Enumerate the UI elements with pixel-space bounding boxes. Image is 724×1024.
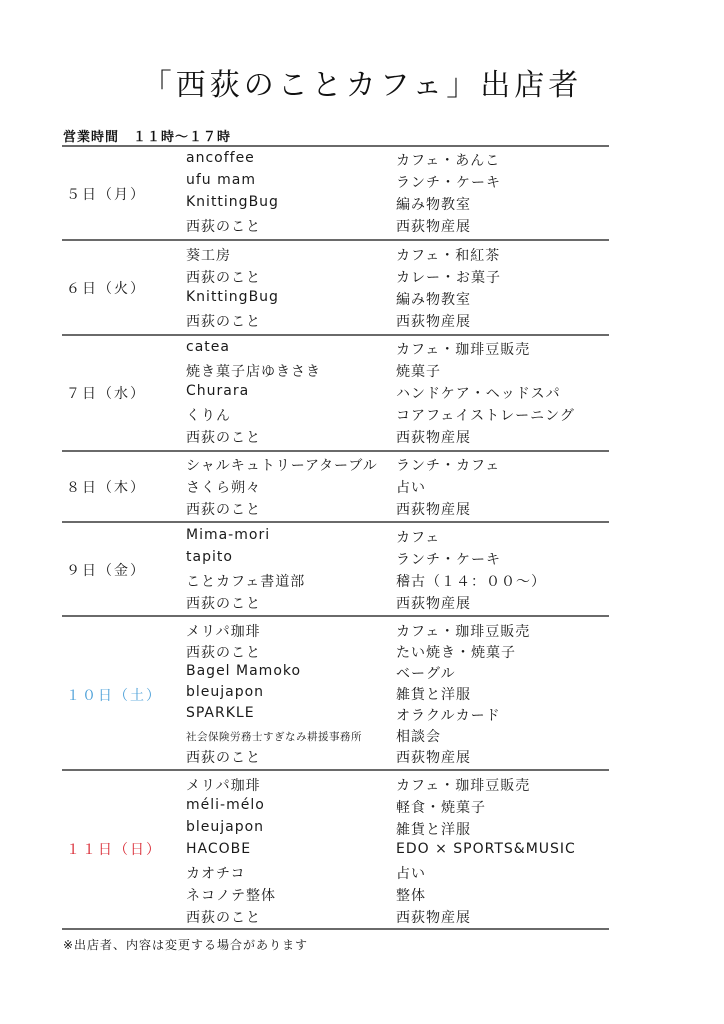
vendor-name: 西荻のこと <box>186 907 261 927</box>
vendor-row: シャルキュトリーアターブルランチ・カフェ <box>62 455 609 477</box>
vendor-desc: カフェ・珈琲豆販売 <box>396 775 530 795</box>
divider <box>62 239 609 241</box>
vendor-row: 西荻のこと西荻物産展 <box>62 311 609 333</box>
vendor-name: 焼き菓子店ゆきさき <box>186 361 321 381</box>
footnote: ※出店者、内容は変更する場合があります <box>63 936 308 953</box>
vendor-name: 西荻のこと <box>186 642 261 662</box>
vendor-row: 西荻のこと西荻物産展 <box>62 593 609 615</box>
vendor-desc: ランチ・ケーキ <box>396 549 501 569</box>
vendor-name: ネコノテ整体 <box>186 885 276 905</box>
page-title: 「西荻のことカフェ」出店者 <box>0 60 724 104</box>
vendor-desc: カフェ <box>396 527 440 547</box>
vendor-row: ufu mamランチ・ケーキ <box>62 172 609 194</box>
vendor-row: cateaカフェ・珈琲豆販売 <box>62 339 609 361</box>
vendor-name: 西荻のこと <box>186 311 261 331</box>
vendor-row: HACOBEEDO × SPORTS&MUSIC <box>62 841 609 863</box>
vendor-desc: カフェ・和紅茶 <box>396 245 500 265</box>
vendor-row: 西荻のこと西荻物産展 <box>62 427 609 449</box>
vendor-name: Bagel Mamoko <box>186 663 301 679</box>
vendor-desc: カレー・お菓子 <box>396 267 501 287</box>
vendor-desc: ランチ・カフェ <box>396 455 500 475</box>
vendor-name: くりん <box>186 405 231 425</box>
vendor-row: Mima-moriカフェ <box>62 527 609 549</box>
vendor-desc: 相談会 <box>396 726 441 746</box>
vendor-desc: オラクルカード <box>396 705 501 725</box>
vendor-desc: 整体 <box>396 885 426 905</box>
vendor-row: KnittingBug編み物教室 <box>62 194 609 216</box>
vendor-name: 西荻のこと <box>186 267 261 287</box>
vendor-desc: 西荻物産展 <box>396 427 471 447</box>
divider <box>62 521 609 523</box>
vendor-desc: 西荻物産展 <box>396 747 471 767</box>
vendor-desc: 占い <box>396 863 426 883</box>
vendor-desc: コアフェイストレーニング <box>396 405 575 425</box>
vendor-name: méli-mélo <box>186 797 265 813</box>
vendor-row: Bagel Mamokoベーグル <box>62 663 609 685</box>
vendor-row: 西荻のこと西荻物産展 <box>62 907 609 929</box>
vendor-desc: カフェ・珈琲豆販売 <box>396 339 530 359</box>
vendor-name: カオチコ <box>186 863 245 883</box>
vendor-name: catea <box>186 339 230 355</box>
vendor-row: さくら朔々占い <box>62 477 609 499</box>
vendor-row: 社会保険労務士すぎなみ耕援事務所相談会 <box>62 726 609 748</box>
vendor-name: 西荻のこと <box>186 593 261 613</box>
vendor-name: ufu mam <box>186 172 256 188</box>
vendor-name: bleujapon <box>186 819 264 835</box>
vendor-row: メリパ珈琲カフェ・珈琲豆販売 <box>62 775 609 797</box>
vendor-desc: 編み物教室 <box>396 194 471 214</box>
divider <box>62 615 609 617</box>
vendor-name: シャルキュトリーアターブル <box>186 455 378 475</box>
vendor-row: méli-mélo軽食・焼菓子 <box>62 797 609 819</box>
vendor-row: tapitoランチ・ケーキ <box>62 549 609 571</box>
divider <box>62 145 609 147</box>
vendor-name: さくら朔々 <box>186 477 261 497</box>
vendor-desc: 西荻物産展 <box>396 311 471 331</box>
vendor-row: 西荻のことカレー・お菓子 <box>62 267 609 289</box>
vendor-row: KnittingBug編み物教室 <box>62 289 609 311</box>
vendor-row: カオチコ占い <box>62 863 609 885</box>
vendor-name: ancoffee <box>186 150 255 166</box>
vendor-name: KnittingBug <box>186 289 279 305</box>
vendor-name: メリパ珈琲 <box>186 775 261 795</box>
vendor-row: 西荻のこと西荻物産展 <box>62 499 609 521</box>
vendor-row: メリパ珈琲カフェ・珈琲豆販売 <box>62 621 609 643</box>
vendor-desc: ランチ・ケーキ <box>396 172 501 192</box>
vendor-name: ことカフェ書道部 <box>186 571 305 591</box>
vendor-name: KnittingBug <box>186 194 279 210</box>
vendor-name: tapito <box>186 549 233 565</box>
vendor-name: 西荻のこと <box>186 499 261 519</box>
vendor-desc: 編み物教室 <box>396 289 471 309</box>
vendor-desc: 焼菓子 <box>396 361 441 381</box>
vendor-desc: たい焼き・焼菓子 <box>396 642 516 662</box>
vendor-row: ネコノテ整体整体 <box>62 885 609 907</box>
vendor-name: bleujapon <box>186 684 264 700</box>
vendor-desc: 占い <box>396 477 426 497</box>
vendor-desc: カフェ・あんこ <box>396 150 500 170</box>
vendor-row: bleujapon雑貨と洋服 <box>62 819 609 841</box>
vendor-name: Churara <box>186 383 249 399</box>
divider <box>62 334 609 336</box>
vendor-name: 社会保険労務士すぎなみ耕援事務所 <box>186 729 362 744</box>
vendor-row: 西荻のこと西荻物産展 <box>62 216 609 238</box>
vendor-row: ことカフェ書道部稽古（１４：００〜） <box>62 571 609 593</box>
vendor-row: ancoffeeカフェ・あんこ <box>62 150 609 172</box>
vendor-row: SPARKLEオラクルカード <box>62 705 609 727</box>
vendor-desc: 西荻物産展 <box>396 216 471 236</box>
vendor-name: 西荻のこと <box>186 747 261 767</box>
vendor-name: HACOBE <box>186 841 251 857</box>
vendor-row: Churaraハンドケア・ヘッドスパ <box>62 383 609 405</box>
vendor-row: 西荻のこと西荻物産展 <box>62 747 609 769</box>
divider <box>62 769 609 771</box>
divider <box>62 450 609 452</box>
vendor-desc: 西荻物産展 <box>396 907 471 927</box>
vendor-name: 西荻のこと <box>186 216 261 236</box>
vendor-name: メリパ珈琲 <box>186 621 261 641</box>
vendor-row: 葵工房カフェ・和紅茶 <box>62 245 609 267</box>
vendor-desc: 西荻物産展 <box>396 499 471 519</box>
vendor-desc: EDO × SPORTS&MUSIC <box>396 841 576 857</box>
vendor-desc: 西荻物産展 <box>396 593 471 613</box>
vendor-row: くりんコアフェイストレーニング <box>62 405 609 427</box>
vendor-desc: 雑貨と洋服 <box>396 819 471 839</box>
vendor-desc: 稽古（１４：００〜） <box>396 571 546 591</box>
vendor-name: Mima-mori <box>186 527 270 543</box>
vendor-row: 西荻のことたい焼き・焼菓子 <box>62 642 609 664</box>
business-hours: 営業時間 １１時〜１７時 <box>63 126 231 145</box>
vendor-desc: ベーグル <box>396 663 456 683</box>
vendor-desc: 雑貨と洋服 <box>396 684 471 704</box>
vendor-row: 焼き菓子店ゆきさき焼菓子 <box>62 361 609 383</box>
vendor-desc: ハンドケア・ヘッドスパ <box>396 383 561 403</box>
vendor-name: 葵工房 <box>186 245 231 265</box>
vendor-name: 西荻のこと <box>186 427 261 447</box>
vendor-desc: 軽食・焼菓子 <box>396 797 486 817</box>
vendor-name: SPARKLE <box>186 705 255 721</box>
vendor-desc: カフェ・珈琲豆販売 <box>396 621 530 641</box>
vendor-row: bleujapon雑貨と洋服 <box>62 684 609 706</box>
